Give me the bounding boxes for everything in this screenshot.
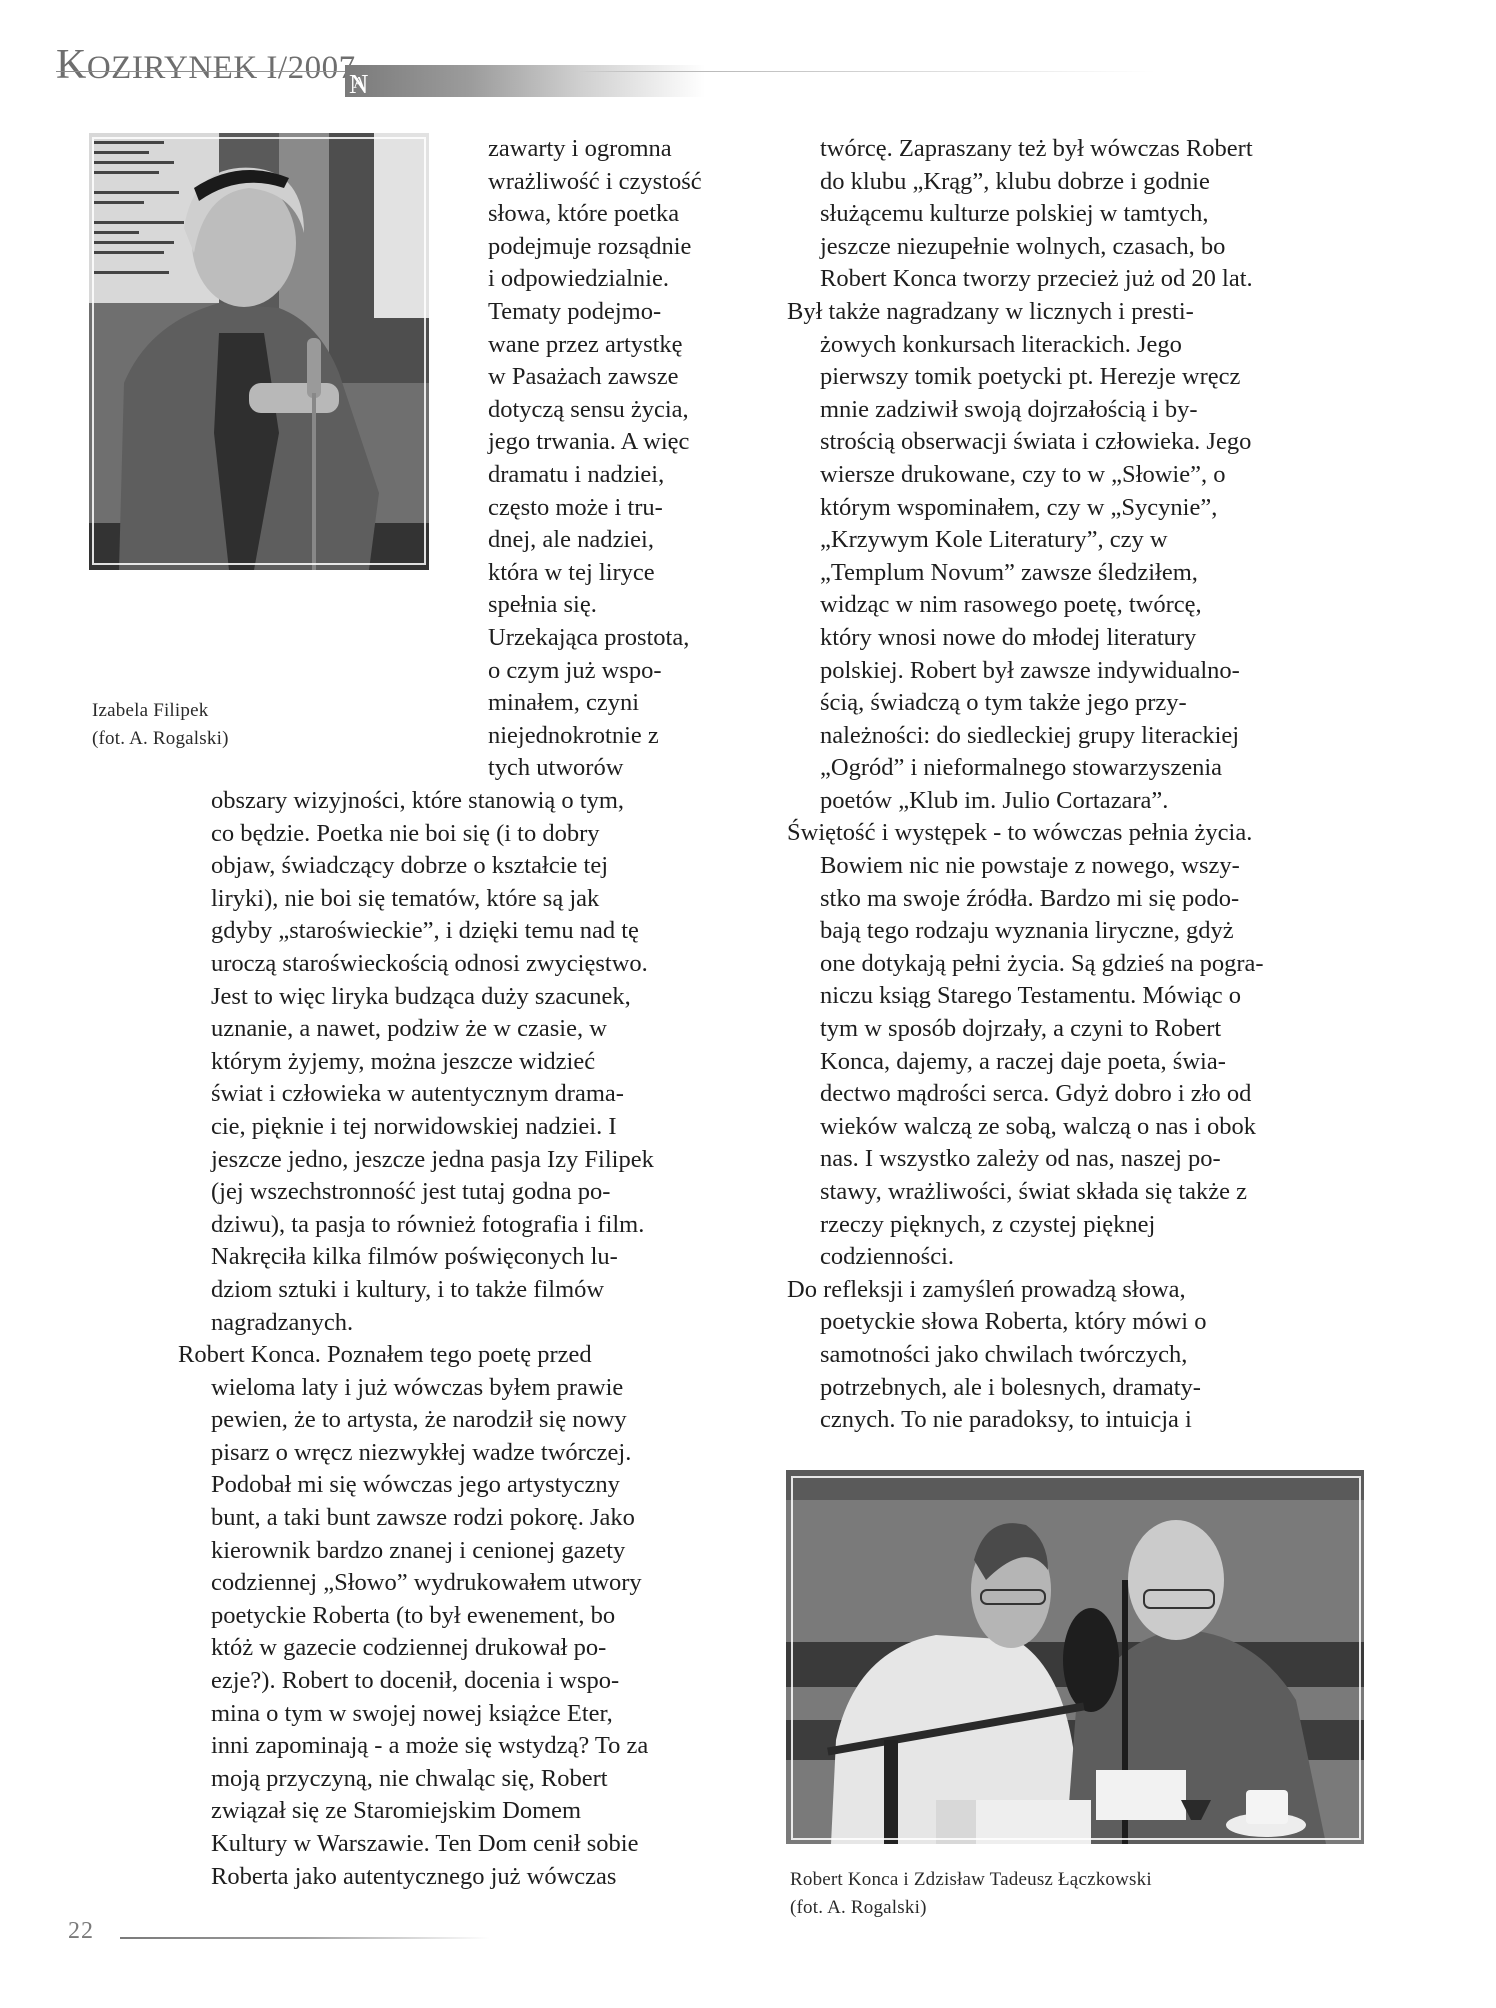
text-line: podejmuje rozsądnie: [488, 231, 702, 264]
text-line: niejednokrotnie z: [488, 720, 702, 753]
text-line: która w tej liryce: [488, 557, 702, 590]
text-line: nas. I wszystko zależy od nas, naszej po…: [820, 1143, 1264, 1176]
caption-name: Izabela Filipek: [92, 697, 229, 725]
text-line: jego trwania. A więc: [488, 426, 702, 459]
text-line: zawarty i ogromna: [488, 133, 702, 166]
text-line: inni zapominają - a może się wstydzą? To…: [211, 1730, 654, 1763]
text-line: Tematy podejmo-: [488, 296, 702, 329]
text-line: ezje?). Robert to docenił, docenia i wsp…: [211, 1665, 654, 1698]
text-line: potrzebnych, ale i bolesnych, dramaty-: [820, 1372, 1264, 1405]
text-line: należności: do siedleckiej grupy literac…: [820, 720, 1264, 753]
text-line: codziennej „Słowo” wydrukowałem utwory: [211, 1567, 654, 1600]
magazine-title-initial: K: [56, 42, 87, 88]
text-line: w Pasażach zawsze: [488, 361, 702, 394]
text-line: stko ma swoje źródła. Bardzo mi się podo…: [820, 883, 1264, 916]
text-line: „Ogród” i nieformalnego stowarzyszenia: [820, 752, 1264, 785]
text-line: spełnia się.: [488, 589, 702, 622]
photo-konca-laczkowski: [786, 1470, 1364, 1844]
text-line: one dotykają pełni życia. Są gdzieś na p…: [820, 948, 1264, 981]
text-line: bają tego rodzaju wyznania liryczne, gdy…: [820, 915, 1264, 948]
text-line: twórcę. Zapraszany też był wówczas Rober…: [820, 133, 1264, 166]
text-line: do klubu „Krąg”, klubu dobrze i godnie: [820, 166, 1264, 199]
text-line: dziom sztuki i kultury, i to także filmó…: [211, 1274, 654, 1307]
photo-frame: [92, 137, 426, 565]
text-line: poetyckie słowa Roberta, który mówi o: [820, 1306, 1264, 1339]
text-line: Robert Konca. Poznałem tego poetę przed: [178, 1339, 654, 1372]
text-line: strością obserwacji świata i człowieka. …: [820, 426, 1264, 459]
photo-frame: [791, 1476, 1361, 1840]
text-line: tych utworów: [488, 752, 702, 785]
text-line: Roberta jako autentycznego już wówczas: [211, 1861, 654, 1894]
text-line: Podobał mi się wówczas jego artystyczny: [211, 1469, 654, 1502]
footer-rule: [120, 1937, 490, 1939]
text-line: i odpowiedzialnie.: [488, 263, 702, 296]
text-line: cie, pięknie i tej norwidowskiej nadziei…: [211, 1111, 654, 1144]
text-line: „Krzywym Kole Literatury”, czy w: [820, 524, 1264, 557]
text-line: rzeczy pięknych, z czystej pięknej: [820, 1209, 1264, 1242]
text-line: liryki), nie boi się tematów, które są j…: [211, 883, 654, 916]
text-line: mina o tym w swojej nowej książce Eter,: [211, 1698, 654, 1731]
text-line: kierownik bardzo znanej i cenionej gazet…: [211, 1535, 654, 1568]
text-line: (jej wszechstronność jest tutaj godna po…: [211, 1176, 654, 1209]
section-title: NA CENZUROWANYM: [349, 69, 369, 100]
text-line: minałem, czyni: [488, 687, 702, 720]
text-line: Do refleksji i zamyśleń prowadzą słowa,: [787, 1274, 1264, 1307]
text-line: stawy, wrażliwości, świat składa się tak…: [820, 1176, 1264, 1209]
text-line: wrażliwość i czystość: [488, 166, 702, 199]
text-line: wieków walczą ze sobą, walczą o nas i ob…: [820, 1111, 1264, 1144]
text-line: poetyckie Roberta (to był ewenement, bo: [211, 1600, 654, 1633]
text-line: moją przyczyną, nie chwaląc się, Robert: [211, 1763, 654, 1796]
text-line: nagradzanych.: [211, 1307, 654, 1340]
text-line: Jest to więc liryka budząca duży szacune…: [211, 981, 654, 1014]
text-line: któż w gazecie codziennej drukował po-: [211, 1632, 654, 1665]
text-line: ścią, świadczą o tym także jego przy-: [820, 687, 1264, 720]
text-line: Świętość i występek - to wówczas pełnia …: [787, 817, 1264, 850]
section-banner: NA CENZUROWANYM: [345, 65, 705, 97]
text-line: wieloma laty i już wówczas byłem prawie: [211, 1372, 654, 1405]
text-line: jeszcze niezupełnie wolnych, czasach, bo: [820, 231, 1264, 264]
text-line: którym wspominałem, czy w „Sycynie”,: [820, 492, 1264, 525]
text-line: który wnosi nowe do młodej literatury: [820, 622, 1264, 655]
text-line: poetów „Klub im. Julio Cortazara”.: [820, 785, 1264, 818]
text-line: cznych. To nie paradoksy, to intuicja i: [820, 1404, 1264, 1437]
text-line: co będzie. Poetka nie boi się (i to dobr…: [211, 818, 654, 851]
text-line: uznanie, a nawet, podziw że w czasie, w: [211, 1013, 654, 1046]
text-line: obszary wizyjności, które stanowią o tym…: [211, 785, 654, 818]
section-title-rest: A CENZUROWANYM: [353, 73, 503, 113]
photo-caption-izabela: Izabela Filipek (fot. A. Rogalski): [92, 697, 229, 753]
text-line: dramatu i nadziei,: [488, 459, 702, 492]
text-line: słowa, które poetka: [488, 198, 702, 231]
photo-izabela-filipek: [89, 133, 429, 570]
text-line: Kultury w Warszawie. Ten Dom cenił sobie: [211, 1828, 654, 1861]
text-line: dectwo mądrości serca. Gdyż dobro i zło …: [820, 1078, 1264, 1111]
text-line: którym żyjemy, można jeszcze widzieć: [211, 1046, 654, 1079]
text-line: dziwu), ta pasja to również fotografia i…: [211, 1209, 654, 1242]
text-line: codzienności.: [820, 1241, 1264, 1274]
text-line: jeszcze jedno, jeszcze jedna pasja Izy F…: [211, 1144, 654, 1177]
text-line: widząc w nim rasowego poetę, twórcę,: [820, 589, 1264, 622]
text-line: Bowiem nic nie powstaje z nowego, wszy-: [820, 850, 1264, 883]
text-line: Był także nagradzany w licznych i presti…: [787, 296, 1264, 329]
text-line: polskiej. Robert był zawsze indywidualno…: [820, 655, 1264, 688]
text-line: o czym już wspo-: [488, 655, 702, 688]
text-line: mnie zadziwił swoją dojrzałością i by-: [820, 394, 1264, 427]
left-column-top: zawarty i ogromnawrażliwość i czystośćsł…: [488, 133, 702, 785]
text-line: często może i tru-: [488, 492, 702, 525]
text-line: uroczą staroświeckością odnosi zwycięstw…: [211, 948, 654, 981]
text-line: świat i człowieka w autentycznym drama-: [211, 1078, 654, 1111]
text-line: Urzekająca prostota,: [488, 622, 702, 655]
text-line: pisarz o wręcz niezwykłej wadze twórczej…: [211, 1437, 654, 1470]
text-line: samotności jako chwilach twórczych,: [820, 1339, 1264, 1372]
magazine-title-rest: OZIRYNEK I/2007: [87, 50, 356, 86]
right-column: twórcę. Zapraszany też był wówczas Rober…: [820, 133, 1264, 1437]
text-line: wiersze drukowane, czy to w „Słowie”, o: [820, 459, 1264, 492]
page-number: 22: [68, 1918, 94, 1945]
magazine-title: KOZIRYNEK I/2007: [56, 44, 356, 86]
text-line: Nakręciła kilka filmów poświęconych lu-: [211, 1241, 654, 1274]
left-column-bottom: obszary wizyjności, które stanowią o tym…: [211, 785, 654, 1893]
text-line: pierwszy tomik poetycki pt. Herezje wręc…: [820, 361, 1264, 394]
text-line: dnej, ale nadziei,: [488, 524, 702, 557]
text-line: wane przez artystkę: [488, 329, 702, 362]
text-line: służącemu kulturze polskiej w tamtych,: [820, 198, 1264, 231]
text-line: gdyby „staroświeckie”, i dzięki temu nad…: [211, 915, 654, 948]
caption-names: Robert Konca i Zdzisław Tadeusz Łączkows…: [790, 1866, 1152, 1894]
text-line: objaw, świadczący dobrze o kształcie tej: [211, 850, 654, 883]
text-line: dotyczą sensu życia,: [488, 394, 702, 427]
text-line: pewien, że to artysta, że narodził się n…: [211, 1404, 654, 1437]
text-line: niczu ksiąg Starego Testamentu. Mówiąc o: [820, 980, 1264, 1013]
photo-caption-konca: Robert Konca i Zdzisław Tadeusz Łączkows…: [790, 1866, 1152, 1922]
caption-credit: (fot. A. Rogalski): [790, 1894, 1152, 1922]
text-line: Konca, dajemy, a raczej daje poeta, świa…: [820, 1046, 1264, 1079]
text-line: związał się ze Staromiejskim Domem: [211, 1795, 654, 1828]
caption-credit: (fot. A. Rogalski): [92, 725, 229, 753]
text-line: „Templum Novum” zawsze śledziłem,: [820, 557, 1264, 590]
text-line: bunt, a taki bunt zawsze rodzi pokorę. J…: [211, 1502, 654, 1535]
text-line: tym w sposób dojrzały, a czyni to Robert: [820, 1013, 1264, 1046]
text-line: żowych konkursach literackich. Jego: [820, 329, 1264, 362]
text-line: Robert Konca tworzy przecież już od 20 l…: [820, 263, 1264, 296]
